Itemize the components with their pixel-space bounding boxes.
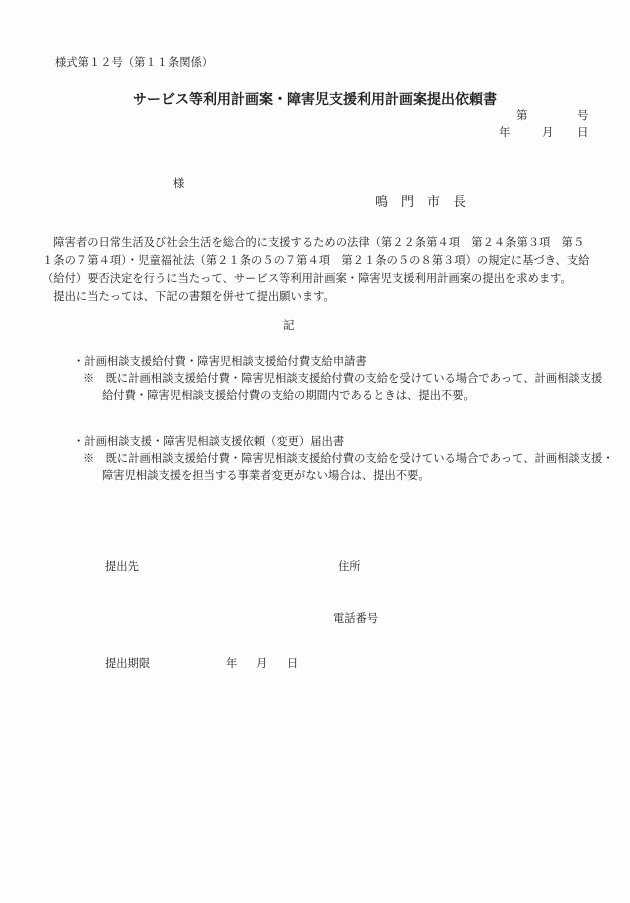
sender-mayor: 鳴 門 市 長 (375, 195, 466, 209)
document-page: 様式第１２号（第１１条関係） サービス等利用計画案・障害児支援利用計画案提出依頼… (0, 0, 630, 903)
form-reference: 様式第１２号（第１１条関係） (55, 57, 213, 69)
item-1-note-line-1: ※ 既に計画相談支援給付費・障害児相談支援給付費の支給を受けている場合であって、… (83, 373, 602, 385)
item-1-title: ・計画相談支援給付費・障害児相談支援給付費支給申請書 (73, 356, 367, 368)
date-year-label: 年 (499, 127, 511, 140)
body-line: １条の７第４項）・児童福祉法（第２１条の５の７第４項 第２１条の５の８第３項）の… (42, 252, 589, 270)
footer-deadline-year-label: 年 (226, 658, 237, 670)
footer-address-label: 住所 (338, 561, 361, 573)
doc-number-prefix: 第 (516, 110, 528, 123)
footer-deadline-day-label: 日 (287, 658, 298, 670)
document-title: サービス等利用計画案・障害児支援利用計画案提出依頼書 (0, 89, 630, 109)
item-2-title: ・計画相談支援・障害児相談支援依頼（変更）届出書 (73, 436, 344, 448)
item-1-note-line-2: 給付費・障害児相談支援給付費の支給の期間内であるときは、提出不要。 (102, 390, 475, 402)
addressee-suffix: 様 (173, 178, 184, 190)
body-line: （給付）要否決定を行うに当たって、サービス等利用計画案・障害児支援利用計画案の提… (42, 270, 589, 288)
footer-deadline-label: 提出期限 (105, 658, 150, 670)
date-day-label: 日 (577, 127, 589, 140)
body-paragraph: 障害者の日常生活及び社会生活を総合的に支援するための法律（第２２条第４項 第２４… (42, 234, 589, 306)
doc-number-suffix: 号 (577, 110, 589, 123)
footer-deadline-month-label: 月 (256, 658, 267, 670)
item-2-note-line-1: ※ 既に計画相談支援給付費・障害児相談支援給付費の支給を受けている場合であって、… (83, 453, 614, 465)
body-line: 提出に当たっては、下記の書類を併せて提出願います。 (42, 288, 589, 306)
date-month-label: 月 (542, 127, 554, 140)
footer-submit-to-label: 提出先 (105, 561, 139, 573)
record-heading: 記 (283, 320, 295, 333)
footer-phone-label: 電話番号 (333, 613, 378, 625)
item-2-note-line-2: 障害児相談支援を担当する事業者変更がない場合は、提出不要。 (102, 470, 430, 482)
body-line: 障害者の日常生活及び社会生活を総合的に支援するための法律（第２２条第４項 第２４… (42, 234, 589, 252)
